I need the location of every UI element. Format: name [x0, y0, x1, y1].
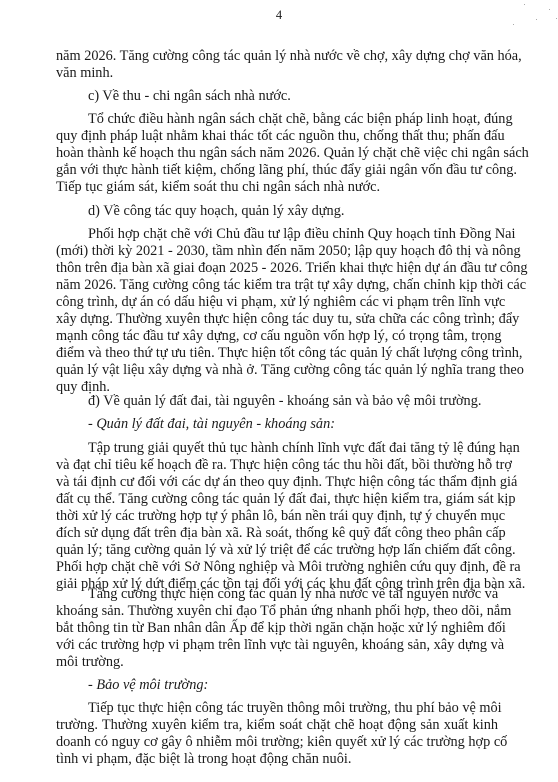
text-line: Tăng cường thực hiện công tác quản lý nh… [88, 586, 498, 603]
text-line: quy định pháp luật nhằm khai thác tốt cá… [56, 128, 498, 145]
text-line: thôn trên địa bàn xã giai đoạn 2025 - 20… [56, 260, 498, 277]
scan-speck [549, 9, 550, 10]
text-line: doanh có nguy cơ gây ô nhiễm môi trường;… [56, 734, 498, 751]
text-line: môi trường. [56, 654, 498, 671]
text-line: bắt thông tin từ Ban nhân dân Ấp để kịp … [56, 620, 498, 637]
text-line: với các trường hợp vi phạm trên lĩnh vực… [56, 637, 498, 654]
text-line: đ) Về quản lý đất đai, tài nguyên - khoá… [88, 393, 498, 410]
text-line: thời xử lý các trường hợp tự ý phân lô, … [56, 508, 498, 525]
text-line: Tổ chức điều hành ngân sách chặt chẽ, bằ… [88, 111, 498, 128]
text-line: và đạt chỉ tiêu kế hoạch đề ra. Thực hiệ… [56, 457, 498, 474]
text-line: quản lý vật liệu xây dựng và nhà ở. Tăng… [56, 362, 498, 379]
section-subheading-line: - Quản lý đất đai, tài nguyên - khoáng s… [88, 416, 498, 433]
text-line: d) Về công tác quy hoạch, quản lý xây dự… [88, 203, 498, 220]
scan-speck [556, 18, 557, 19]
text-line: (mới) thời kỳ 2021 - 2030, tầm nhìn đến … [56, 243, 498, 260]
text-line: xây dựng. Thường xuyên thực hiện công tá… [56, 311, 498, 328]
text-line: trường. Thường xuyên kiểm tra, kiểm soát… [56, 717, 498, 734]
text-line: c) Về thu - chi ngân sách nhà nước. [88, 88, 498, 105]
text-line: năm 2026. Tăng cường công tác quản lý nh… [56, 48, 498, 65]
text-line: Tập trung giải quyết thủ tục hành chính … [88, 440, 498, 457]
scan-speck [524, 4, 525, 5]
page-number: 4 [0, 8, 558, 23]
text-line: đích sử dụng đất trên địa bàn xã. Rà soá… [56, 525, 498, 542]
text-line: mạnh công tác đầu tư xây dựng, cơ cấu ng… [56, 328, 498, 345]
text-line: công trình, dự án có dấu hiệu vi phạm, x… [56, 294, 498, 311]
text-line: tình vi phạm, đặc biệt là trong hoạt độn… [56, 751, 498, 768]
text-line: Tiếp tục thực hiện công tác truyền thông… [88, 700, 498, 717]
text-line: Phối hợp chặt chẽ với Chủ đầu tư lập điề… [88, 226, 498, 243]
text-line: Tiếp tục giám sát, kiểm soát thu chi ngâ… [56, 179, 498, 196]
text-line: gắn với thực hành tiết kiệm, chống lãng … [56, 162, 498, 179]
document-page: 4 năm 2026. Tăng cường công tác quản lý … [0, 0, 558, 782]
text-line: điểm và theo thứ tự ưu tiên. Thực hiện t… [56, 345, 498, 362]
section-subheading-line: - Bảo vệ môi trường: [88, 677, 498, 694]
text-line: hoàn thành kế hoạch thu ngân sách năm 20… [56, 145, 498, 162]
text-line: đất cụ thể. Tăng cường công tác quản lý … [56, 491, 498, 508]
text-line: và tái định cư đối với các dự án theo qu… [56, 474, 498, 491]
text-line: Phối hợp chặt chẽ với Sở Nông nghiệp và … [56, 559, 498, 576]
text-line: năm 2026. Tăng cường công tác kiểm tra t… [56, 277, 498, 294]
text-line: khoáng sản. Thường xuyên chỉ đạo Tổ phản… [56, 603, 498, 620]
text-line: quản lý; tăng cường quản lý và xử lý tri… [56, 542, 498, 559]
scan-speck [513, 24, 514, 25]
text-line: văn minh. [56, 65, 498, 82]
scan-speck [536, 19, 537, 20]
